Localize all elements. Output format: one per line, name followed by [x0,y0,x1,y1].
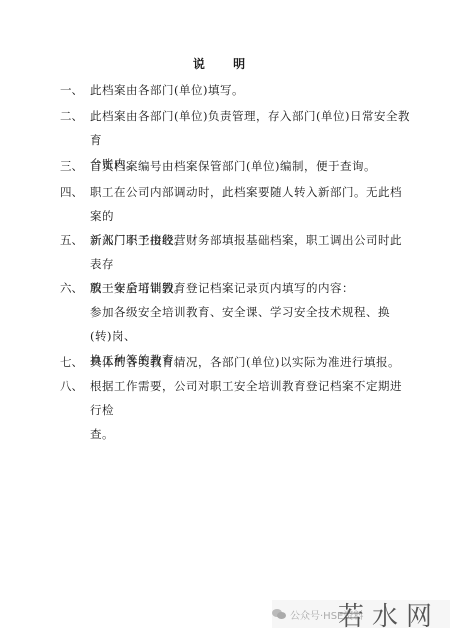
item-text: 此档案由各部门(单位)填写。 [90,78,410,102]
item-number: 五、 [60,228,90,252]
item-text: 职工安全培训教育登记档案记录页内填写的内容： [90,276,410,300]
item-text: 此档案由各部门(单位)负责管理，存入部门(单位)日常安全教育 [90,104,410,152]
item-3: 三、 首页档案编号由档案保管部门(单位)编制，便于查询。 [60,154,410,178]
document-title: 说 明 [0,55,450,72]
item-8: 八、 根据工作需要，公司对职工安全培训教育登记档案不定期进行检 查。 [60,374,410,446]
item-text: 根据工作需要，公司对职工安全培训教育登记档案不定期进行检 [90,374,410,422]
item-text: 首页档案编号由档案保管部门(单位)编制，便于查询。 [90,154,410,178]
item-text: 职工在公司内部调动时，此档案要随人转入新部门。无此档案的 [90,180,410,228]
item-7: 七、 具体的各类教育情况，各部门(单位)以实际为准进行填报。 [60,350,410,374]
item-text-cont: 查。 [90,422,410,446]
item-number: 八、 [60,374,90,398]
wechat-icon [272,608,286,620]
item-1: 一、 此档案由各部门(单位)填写。 [60,78,410,102]
item-number: 二、 [60,104,90,128]
watermark-logo: 若水网 [338,596,440,633]
item-text: 新入厂职工由经营财务部填报基础档案，职工调出公司时此表存 [90,228,410,276]
item-text-cont: 参加各级安全培训教育、安全课、学习安全技术规程、换(转)岗、 [90,300,410,348]
item-number: 四、 [60,180,90,204]
watermark: 公众号·HSE资料 若水网 [272,600,450,628]
item-number: 六、 [60,276,90,300]
item-number: 三、 [60,154,90,178]
item-number: 七、 [60,350,90,374]
item-number: 一、 [60,78,90,102]
item-text: 具体的各类教育情况，各部门(单位)以实际为准进行填报。 [90,350,410,374]
